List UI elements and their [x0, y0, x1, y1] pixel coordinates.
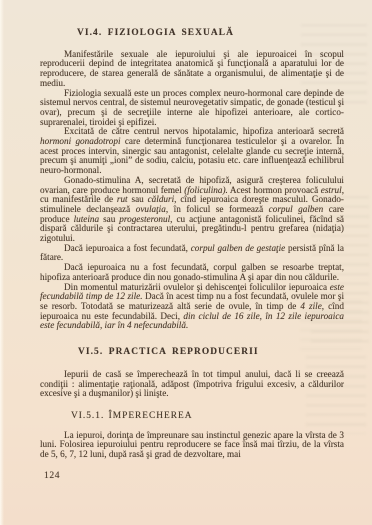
subsection-heading-imperecherea: VI.5.1. ÎMPERECHEREA: [71, 412, 344, 422]
scanned-book-page: VI.4. FIZIOLOGIA SEXUALĂ Manifestările s…: [0, 0, 372, 525]
text-run: Excitată de către centrul nervos hipotal…: [64, 126, 344, 136]
text-run: sau: [99, 214, 119, 224]
paragraph-gonado-stimulina: Gonado-stimulina A, secretată de hipofiz…: [40, 176, 344, 244]
paragraph-fecundata: Dacă iepuroaica a fost fecundată, corpul…: [40, 244, 344, 263]
text-run: Dacă iepuroaica nu a fost fecundată, cor…: [40, 262, 344, 282]
page-number: 124: [44, 470, 60, 481]
italic-text-run: 4 zile: [300, 301, 321, 311]
italic-text-run: călduri: [148, 194, 175, 204]
italic-text-run: hormoni gonadotropi: [40, 136, 121, 146]
paragraph-manifestarile: Manifestările sexuale ale iepuroiului şi…: [40, 50, 344, 89]
paragraph-la-iepuroi: La iepuroi, dorinţa de împreunare sau in…: [40, 431, 344, 460]
text-run: La iepuroi, dorinţa de împreunare sau in…: [40, 430, 344, 459]
text-run: Fiziologia sexuală este un proces comple…: [40, 88, 344, 127]
section-heading-fiziologia-sexuala: VI.4. FIZIOLOGIA SEXUALĂ: [77, 29, 344, 39]
text-run: Dacă iepuroaica a fost fecundată,: [64, 243, 191, 253]
text-run: Manifestările sexuale ale iepuroiului şi…: [40, 49, 344, 88]
italic-text-run: (foliculina).: [184, 185, 228, 195]
text-run: , în folicul se formează: [166, 204, 269, 214]
italic-text-run: corpul galben: [269, 204, 324, 214]
paragraph-iepurii-de-casa: Iepurii de casă se împerechează în tot t…: [40, 370, 344, 399]
text-run: sau: [128, 194, 148, 204]
section-heading-practica-reproducerii: VI.5. PRACTICA REPRODUCERII: [78, 348, 344, 358]
italic-text-run: estrul: [321, 185, 342, 195]
italic-text-run: rut: [117, 194, 128, 204]
page-text-block: VI.4. FIZIOLOGIA SEXUALĂ Manifestările s…: [40, 29, 344, 460]
paragraph-nefecundata: Dacă iepuroaica nu a fost fecundată, cor…: [40, 263, 344, 282]
text-run: Acest hormon provoacă: [228, 185, 321, 195]
text-run: Din momentul maturizării ovulelor şi deh…: [64, 282, 330, 292]
italic-text-run: progesteronul: [119, 214, 170, 224]
italic-text-run: ovulaţia: [136, 204, 166, 214]
italic-text-run: corpul galben de gestaţie: [191, 243, 286, 253]
text-run: Iepurii de casă se împerechează în tot t…: [40, 369, 344, 398]
paragraph-fiziologia: Fiziologia sexuală este un proces comple…: [40, 89, 344, 128]
paragraph-excitata: Excitată de către centrul nervos hipotal…: [40, 127, 344, 176]
italic-text-run: luteina: [74, 214, 100, 224]
paragraph-maturizare: Din momentul maturizării ovulelor şi deh…: [40, 283, 344, 332]
